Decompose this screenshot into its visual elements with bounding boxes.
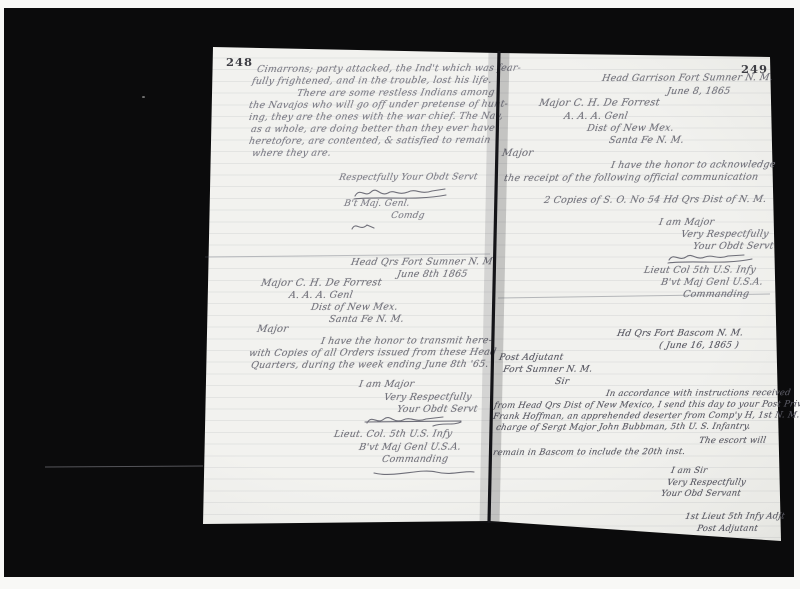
letter-line: fully frightened, and in the trouble, lo… — [251, 75, 493, 87]
flourish-scrawl — [372, 466, 476, 478]
salutation: Major — [501, 148, 534, 159]
letter-line: 1st Lieut 5th Infy Adjt — [684, 511, 785, 522]
letter-line: the Navajos who will go off under preten… — [248, 99, 509, 111]
letter-heading-place: Head Garrison Fort Sumner N. M. — [601, 72, 774, 84]
letter-line: as a whole, are doing better than they e… — [250, 123, 496, 135]
letter-heading-place: Head Qrs Fort Sumner N. M. — [350, 256, 497, 268]
microfilm-scan: 248 249 Cimarrons; party attacked, the I… — [0, 0, 800, 589]
letter-line: charge of Sergt Major John Bubbman, 5th … — [495, 422, 751, 433]
letter-line: where they are. — [251, 148, 332, 159]
letter-heading-date: June 8, 1865 — [666, 86, 731, 97]
letter-line: Post Adjutant — [696, 524, 758, 534]
salutation: Major — [256, 324, 289, 335]
letter-line: There are some restless Indians among — [296, 87, 495, 99]
letter-line: Respectfully Your Obdt Servt — [338, 172, 478, 183]
letter-line: I am Sir — [670, 466, 708, 476]
address-line: Fort Sumner N. M. — [502, 365, 593, 375]
letter-heading-date: June 8th 1865 — [396, 269, 468, 280]
letter-line: Your Obd Servant — [660, 489, 741, 499]
letter-line: Lieut Col 5th U.S. Infy — [643, 264, 757, 276]
address-line: A. A. A. Genl — [288, 290, 354, 301]
letter-line: Very Respectfully — [383, 392, 472, 403]
address-line: Dist of New Mex. — [586, 123, 675, 134]
salutation: Sir — [554, 377, 570, 387]
letter-line: 2 Copies of S. O. No 54 Hd Qrs Dist of N… — [543, 194, 767, 206]
letter-line: I have the honor to acknowledge — [610, 159, 776, 171]
letter-line: from Head Qrs Dist of New Mexico, I send… — [493, 399, 800, 411]
address-line: Major C. H. De Forrest — [260, 277, 383, 289]
letter-heading-date: ( June 16, 1865 ) — [658, 341, 739, 351]
letter-line: B'vt Maj Genl U.S.A. — [660, 276, 764, 288]
letter-line: Commanding — [682, 289, 750, 300]
letter-line: Quarters, during the week ending June 8t… — [250, 359, 490, 371]
letter-line: In accordance with instructions received — [605, 388, 791, 399]
letter-line: I am Major — [658, 217, 715, 228]
letter-line: Very Respectfully — [680, 229, 769, 240]
address-line: Post Adjutant — [498, 353, 564, 363]
signature-scrawl — [363, 413, 463, 429]
address-line: Major C. H. De Forrest — [538, 97, 661, 109]
letter-heading-place: Hd Qrs Fort Bascom N. M. — [616, 328, 744, 339]
letter-line: I have the honor to transmit here- — [320, 335, 493, 347]
letter-line: Frank Hoffman, an apprehended deserter f… — [492, 410, 800, 422]
signature-scrawl — [666, 251, 754, 265]
letter-line: The escort will — [698, 436, 767, 446]
letter-line: with Copies of all Orders issued from th… — [248, 347, 497, 359]
page-number-left: 248 — [226, 55, 253, 69]
letter-line: remain in Bascom to include the 20th ins… — [492, 447, 686, 458]
letter-line: I am Major — [358, 379, 415, 390]
letter-line: ing, they are the ones with the war chie… — [248, 111, 504, 123]
address-line: Santa Fe N. M. — [328, 314, 405, 325]
letter-line: Comdg — [390, 211, 425, 221]
address-line: Santa Fe N. M. — [608, 135, 685, 146]
dust-speck — [142, 96, 145, 98]
letter-line: Lieut. Col. 5th U.S. Infy — [333, 428, 453, 440]
letter-line: heretofore, are contented, & satisfied t… — [248, 135, 491, 147]
letter-line: Very Respectfully — [666, 478, 746, 488]
letter-line: Cimarrons; party attacked, the Ind't whi… — [256, 63, 522, 75]
letter-line: Commanding — [381, 454, 449, 465]
address-line: Dist of New Mex. — [310, 302, 399, 313]
address-line: A. A. A. Genl — [563, 111, 629, 122]
letter-line: the receipt of the following official co… — [503, 172, 759, 184]
stray-ink-mark — [350, 220, 376, 234]
letter-line: B't Maj. Genl. — [343, 199, 410, 209]
letter-line: B'vt Maj Genl U.S.A. — [358, 441, 462, 453]
